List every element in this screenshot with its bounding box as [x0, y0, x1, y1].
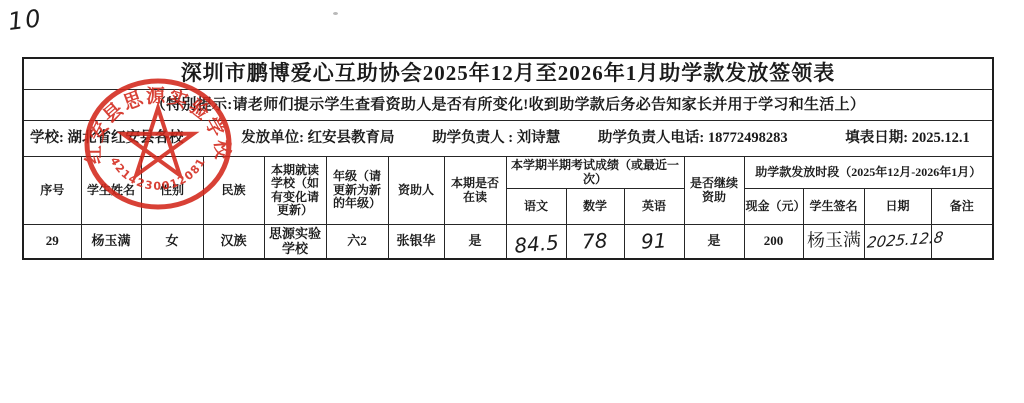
cell-student-name: 杨玉满	[81, 225, 141, 260]
scanned-form-page: 10 深圳市鹏博爱心互助协会2025年12月至2026年1月助学款发放签领表 （…	[0, 0, 1024, 403]
handwritten-page-number: 10	[6, 4, 44, 36]
form-info-line: 学校: 湖北省红安县各校 发放单位: 红安县教育局 助学负责人 : 刘诗慧 助学…	[23, 121, 993, 157]
scan-speckle	[333, 12, 338, 15]
col-header-enrolled: 本期是否在读	[444, 157, 506, 225]
school-label: 学校:	[30, 130, 64, 146]
cell-remark	[931, 225, 993, 260]
aid-signoff-table: 深圳市鹏博爱心互助协会2025年12月至2026年1月助学款发放签领表 （特别提…	[22, 57, 994, 260]
cell-ethnicity: 汉族	[203, 225, 264, 260]
col-header-math: 数学	[566, 189, 624, 225]
cell-grade: 六2	[326, 225, 388, 260]
handwritten-chinese-score: 84.5	[513, 231, 559, 257]
cell-chinese-score: 84.5	[506, 225, 566, 260]
aid-leader-label: 助学负责人 :	[432, 130, 513, 146]
issuing-unit-label: 发放单位:	[241, 130, 304, 146]
col-header-gender: 性别	[141, 157, 203, 225]
col-header-current-school: 本期就读学校（如有变化请更新）	[264, 157, 326, 225]
title-row: 深圳市鹏博爱心互助协会2025年12月至2026年1月助学款发放签领表	[23, 58, 993, 90]
handwritten-math-score: 78	[582, 230, 609, 254]
col-header-seq: 序号	[23, 157, 81, 225]
col-header-remark: 备注	[931, 189, 993, 225]
col-header-grade: 年级（请更新为新的年级）	[326, 157, 388, 225]
cell-sponsor: 张银华	[388, 225, 444, 260]
cell-english-score: 91	[624, 225, 684, 260]
form-title: 深圳市鹏博爱心互助协会2025年12月至2026年1月助学款发放签领表	[23, 58, 993, 90]
cell-current-school: 思源实验学校	[264, 225, 326, 260]
form-notice: （特别提示:请老师们提示学生查看资助人是否有所变化!收到助学款后务必告知家长并用…	[23, 90, 993, 121]
col-header-student-signature: 学生签名	[803, 189, 864, 225]
cell-seq: 29	[23, 225, 81, 260]
col-header-sponsor: 资助人	[388, 157, 444, 225]
cell-gender: 女	[141, 225, 203, 260]
fill-date-label: 填表日期:	[845, 130, 908, 146]
aid-leader-value: 刘诗慧	[517, 130, 561, 146]
col-group-payment-period: 助学款发放时段（2025年12月-2026年1月）	[744, 157, 993, 189]
fill-date-value: 2025.12.1	[912, 130, 970, 146]
school-value: 湖北省红安县各校	[67, 130, 183, 146]
col-header-english: 英语	[624, 189, 684, 225]
col-header-continue-aid: 是否继续资助	[684, 157, 744, 225]
aid-leader-phone-value: 18772498283	[708, 130, 788, 146]
cell-continue-aid: 是	[684, 225, 744, 260]
col-header-date: 日期	[864, 189, 931, 225]
handwritten-english-score: 91	[641, 230, 668, 254]
student-row: 29 杨玉满 女 汉族 思源实验学校 六2 张银华 是 84.5 78 91 是…	[23, 225, 993, 260]
issuing-unit-value: 红安县教育局	[308, 130, 395, 146]
col-header-ethnicity: 民族	[203, 157, 264, 225]
info-row: 学校: 湖北省红安县各校 发放单位: 红安县教育局 助学负责人 : 刘诗慧 助学…	[23, 121, 993, 157]
header-row-1: 序号 学生姓名 性别 民族 本期就读学校（如有变化请更新） 年级（请更新为新的年…	[23, 157, 993, 189]
cell-sign-date: 2025.12.8	[864, 225, 931, 260]
handwritten-signature: 杨玉满	[806, 231, 860, 252]
cell-enrolled: 是	[444, 225, 506, 260]
cell-cash: 200	[744, 225, 803, 260]
col-group-exam-scores: 本学期半期考试成绩（或最近一次）	[506, 157, 684, 189]
col-header-student-name: 学生姓名	[81, 157, 141, 225]
cell-student-signature: 杨玉满	[803, 225, 864, 260]
col-header-cash: 现金（元）	[744, 189, 803, 225]
notice-row: （特别提示:请老师们提示学生查看资助人是否有所变化!收到助学款后务必告知家长并用…	[23, 90, 993, 121]
aid-leader-phone-label: 助学负责人电话:	[598, 130, 704, 146]
cell-math-score: 78	[566, 225, 624, 260]
col-header-chinese: 语文	[506, 189, 566, 225]
